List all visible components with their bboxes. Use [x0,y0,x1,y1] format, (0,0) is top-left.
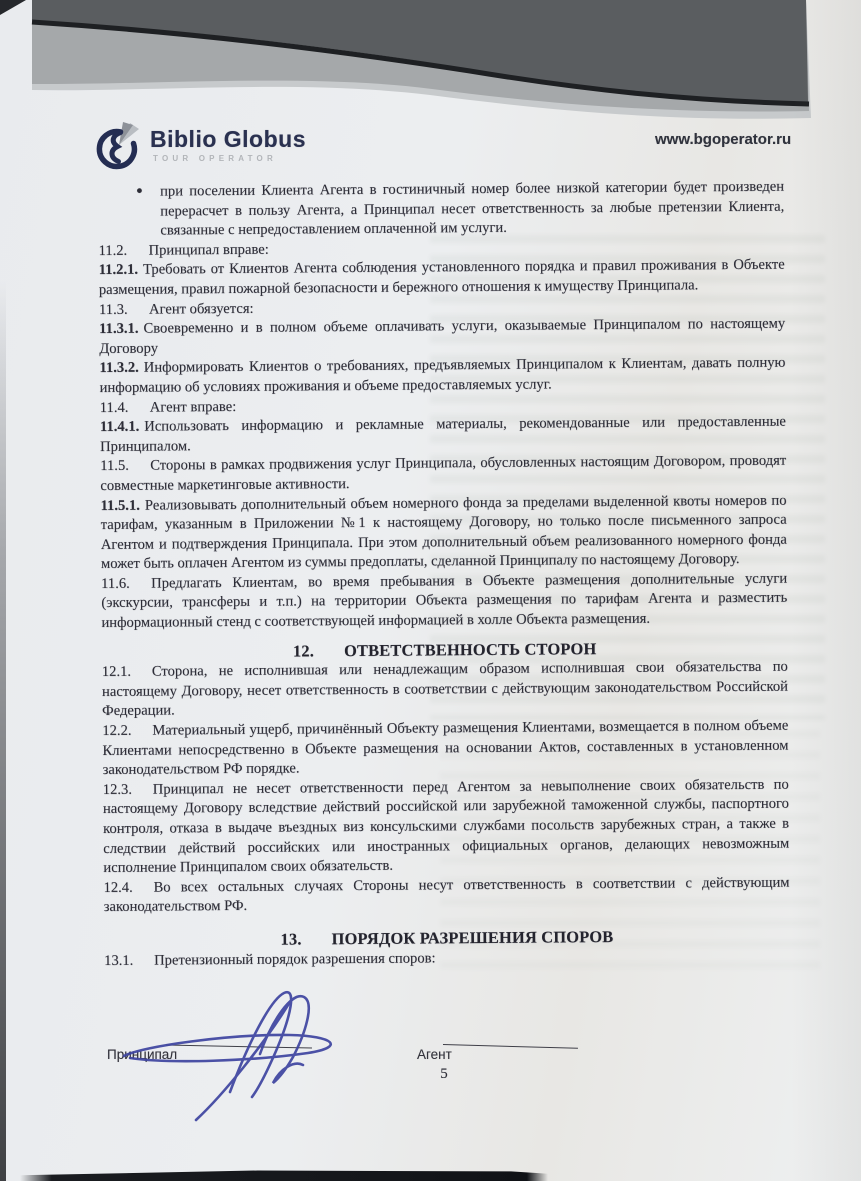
photo-lighting-shade [791,0,861,1181]
website-url: www.bgoperator.ru [655,131,791,148]
clause-11-4-1: 11.4.1.Использовать информацию и рекламн… [100,413,786,458]
clause-11-5-1: 11.5.1.Реализовывать дополнительный объе… [100,491,787,575]
bullet-item: ●при поселении Клиента Агента в гостинич… [98,178,784,242]
clause-12-3: 12.3.Принципал не несет ответственности … [103,775,790,878]
bullet-icon: ● [136,182,143,202]
photo-edge-shadow [0,280,6,1181]
clause-12-1: 12.1.Сторона, не исполнившая или ненадле… [102,658,788,722]
clause-12-4: 12.4.Во всех остальных случаях Стороны н… [103,873,789,918]
contract-body: ●при поселении Клиента Агента в гостинич… [98,178,790,972]
agent-signature-label: Агент [417,1047,452,1062]
brand-tagline: TOUR OPERATOR [153,154,277,163]
clause-11-3-2: 11.3.2.Информировать Клиентов о требован… [99,354,785,399]
handwritten-signature [112,972,412,1132]
clause-12-2: 12.2.Материальный ущерб, причинённый Объ… [102,717,788,781]
photo-bottom-edge [20,1166,548,1181]
clause-11-5: 11.5.Стороны в рамках продвижения услуг … [100,452,786,497]
clause-11-6: 11.6.Предлагать Клиентам, во время пребы… [101,569,787,633]
page-number: 5 [434,1066,454,1083]
letterhead-wave-banner [0,0,861,130]
clause-11-2-1: 11.2.1.Требовать от Клиентов Агента собл… [99,256,785,301]
clause-11-3-1: 11.3.1.Своевременно и в полном объеме оп… [99,315,785,360]
scanned-contract-page: Biblio Globus TOUR OPERATOR www.bgoperat… [0,0,861,1181]
letterhead-header: Biblio Globus TOUR OPERATOR www.bgoperat… [0,118,861,180]
biblio-globus-logo-icon [92,120,144,172]
agent-signature-line [443,1044,578,1049]
brand-name: Biblio Globus [150,126,306,153]
